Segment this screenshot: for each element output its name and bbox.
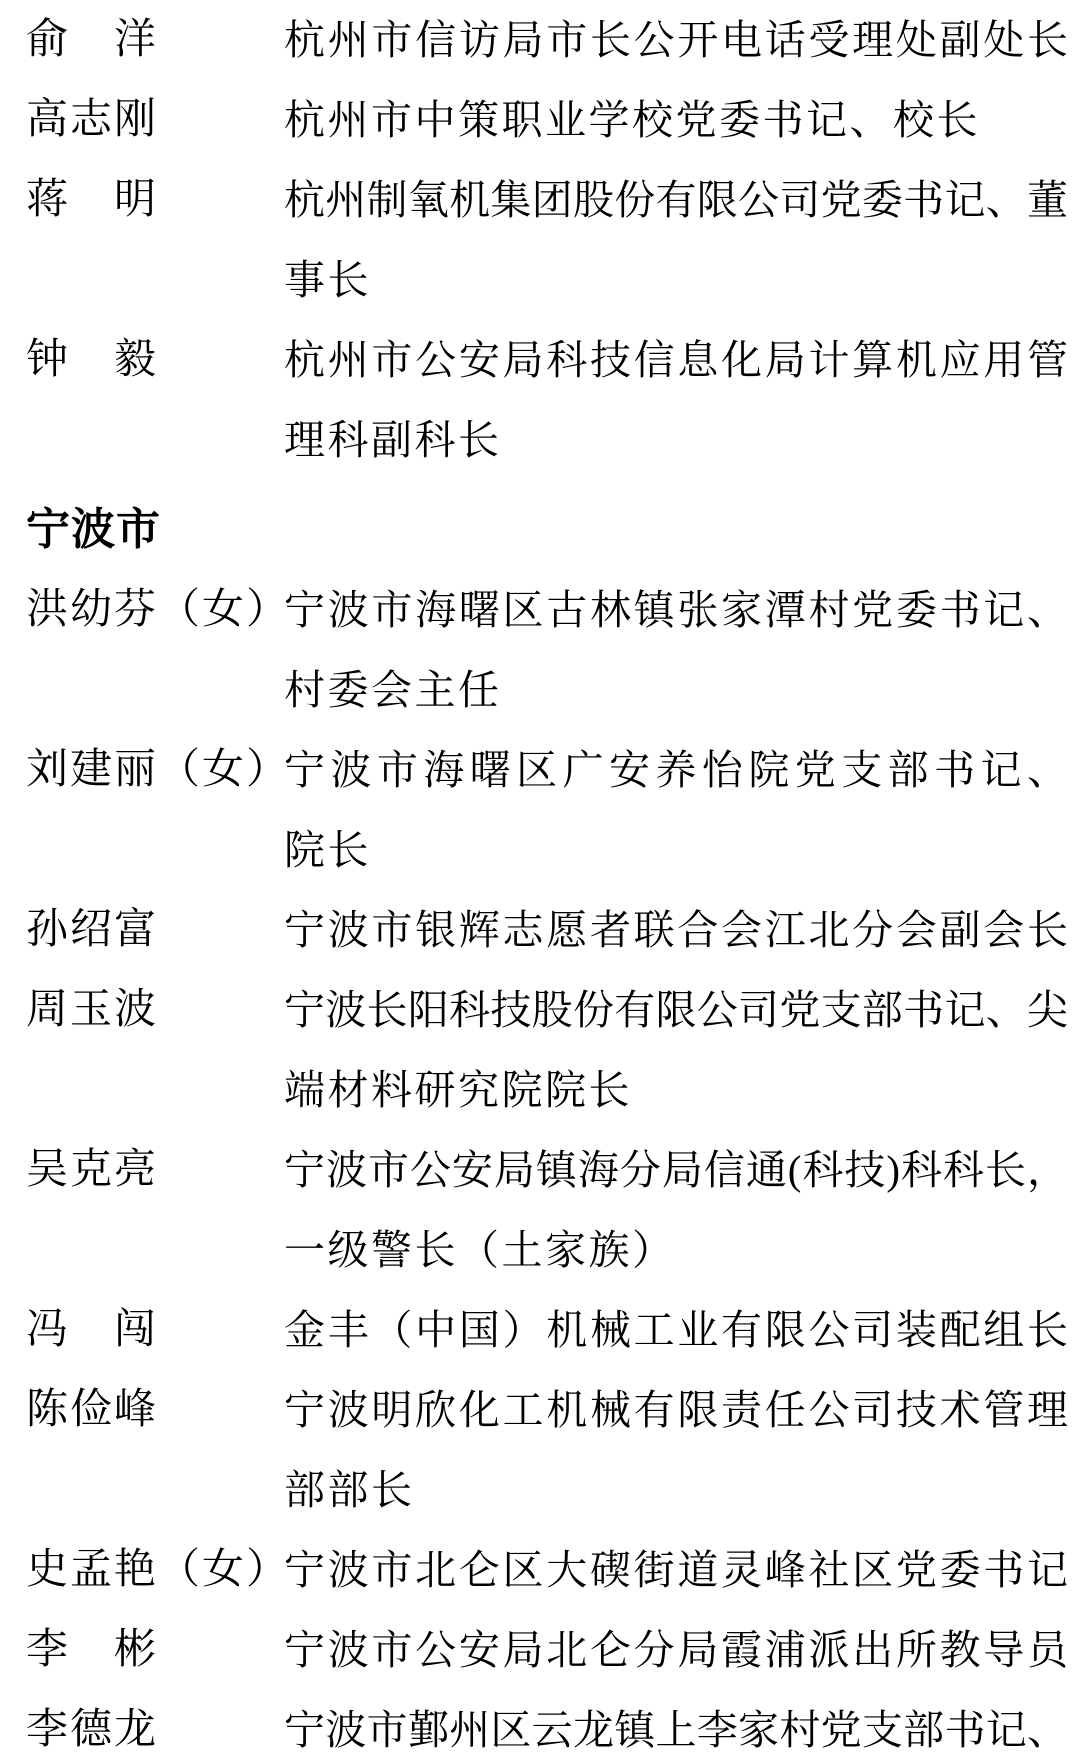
person-name: 李 彬 bbox=[26, 1610, 284, 1690]
title-line: 杭州市中策职业学校党委书记、校长 bbox=[284, 80, 1068, 160]
person-title: 宁波市公安局北仑分局霞浦派出所教导员 bbox=[284, 1610, 1068, 1690]
title-line: 宁波市公安局镇海分局信通(科技)科科长， bbox=[284, 1130, 1068, 1210]
title-line: 宁波市公安局北仑分局霞浦派出所教导员 bbox=[284, 1610, 1068, 1690]
title-line: 宁波明欣化工机械有限责任公司技术管理 bbox=[284, 1370, 1068, 1450]
title-line: 宁波市银辉志愿者联合会江北分会副会长 bbox=[284, 890, 1068, 970]
title-line: 端材料研究院院长 bbox=[284, 1050, 1068, 1130]
person-title: 杭州制氧机集团股份有限公司党委书记、董事长 bbox=[284, 160, 1068, 320]
title-line: 事长 bbox=[284, 240, 1068, 320]
person-title: 杭州市信访局市长公开电话受理处副处长 bbox=[284, 0, 1068, 80]
title-line: 院长 bbox=[284, 810, 1068, 890]
person-title: 宁波长阳科技股份有限公司党支部书记、尖端材料研究院院长 bbox=[284, 970, 1068, 1130]
list-entry: 吴克亮 宁波市公安局镇海分局信通(科技)科科长，一级警长（土家族） bbox=[26, 1130, 1080, 1290]
title-line: 宁波市鄞州区云龙镇上李家村党支部书记、 bbox=[284, 1690, 1068, 1763]
title-line: 一级警长（土家族） bbox=[284, 1210, 1068, 1290]
title-line: 杭州制氧机集团股份有限公司党委书记、董 bbox=[284, 160, 1068, 240]
list-entry: 史孟艳（女） 宁波市北仑区大碶街道灵峰社区党委书记 bbox=[26, 1530, 1080, 1610]
list-entry: 钟 毅 杭州市公安局科技信息化局计算机应用管理科副科长 bbox=[26, 320, 1080, 480]
person-title: 宁波市公安局镇海分局信通(科技)科科长，一级警长（土家族） bbox=[284, 1130, 1068, 1290]
person-title: 宁波市北仑区大碶街道灵峰社区党委书记 bbox=[284, 1530, 1068, 1610]
list-entry: 李德龙 宁波市鄞州区云龙镇上李家村党支部书记、 bbox=[26, 1690, 1080, 1763]
person-title: 宁波市鄞州区云龙镇上李家村党支部书记、 bbox=[284, 1690, 1068, 1763]
title-line: 部部长 bbox=[284, 1450, 1068, 1530]
person-name: 钟 毅 bbox=[26, 320, 284, 400]
list-entry: 孙绍富 宁波市银辉志愿者联合会江北分会副会长 bbox=[26, 890, 1080, 970]
title-line: 理科副科长 bbox=[284, 400, 1068, 480]
list-entry: 洪幼芬（女） 宁波市海曙区古林镇张家潭村党委书记、村委会主任 bbox=[26, 570, 1080, 730]
person-title: 杭州市公安局科技信息化局计算机应用管理科副科长 bbox=[284, 320, 1068, 480]
person-title: 宁波市银辉志愿者联合会江北分会副会长 bbox=[284, 890, 1068, 970]
person-name: 李德龙 bbox=[26, 1690, 284, 1763]
list-entry: 周玉波 宁波长阳科技股份有限公司党支部书记、尖端材料研究院院长 bbox=[26, 970, 1080, 1130]
city-header: 宁波市 bbox=[26, 490, 1080, 570]
person-name: 孙绍富 bbox=[26, 890, 284, 970]
person-name: 蒋 明 bbox=[26, 160, 284, 240]
person-title: 杭州市中策职业学校党委书记、校长 bbox=[284, 80, 1068, 160]
person-name: 冯 闯 bbox=[26, 1290, 284, 1370]
person-title: 金丰（中国）机械工业有限公司装配组长 bbox=[284, 1290, 1068, 1370]
person-title: 宁波明欣化工机械有限责任公司技术管理部部长 bbox=[284, 1370, 1068, 1530]
list-entry: 陈俭峰 宁波明欣化工机械有限责任公司技术管理部部长 bbox=[26, 1370, 1080, 1530]
person-title: 宁波市海曙区广安养怡院党支部书记、院长 bbox=[284, 730, 1068, 890]
title-line: 宁波市海曙区古林镇张家潭村党委书记、 bbox=[284, 570, 1068, 650]
list-entry: 俞 洋 杭州市信访局市长公开电话受理处副处长 bbox=[26, 0, 1080, 80]
person-name: 高志刚 bbox=[26, 80, 284, 160]
title-line: 村委会主任 bbox=[284, 650, 1068, 730]
list-entry: 蒋 明 杭州制氧机集团股份有限公司党委书记、董事长 bbox=[26, 160, 1080, 320]
person-name: 陈俭峰 bbox=[26, 1370, 284, 1450]
person-name: 俞 洋 bbox=[26, 0, 284, 80]
list-entry: 李 彬 宁波市公安局北仑分局霞浦派出所教导员 bbox=[26, 1610, 1080, 1690]
person-title: 宁波市海曙区古林镇张家潭村党委书记、村委会主任 bbox=[284, 570, 1068, 730]
person-name: 史孟艳（女） bbox=[26, 1530, 284, 1610]
title-line: 宁波长阳科技股份有限公司党支部书记、尖 bbox=[284, 970, 1068, 1050]
person-name: 刘建丽（女） bbox=[26, 730, 284, 810]
title-line: 金丰（中国）机械工业有限公司装配组长 bbox=[284, 1290, 1068, 1370]
person-name: 吴克亮 bbox=[26, 1130, 284, 1210]
person-name: 洪幼芬（女） bbox=[26, 570, 284, 650]
person-name: 周玉波 bbox=[26, 970, 284, 1050]
list-entry: 刘建丽（女） 宁波市海曙区广安养怡院党支部书记、院长 bbox=[26, 730, 1080, 890]
list-entry: 冯 闯 金丰（中国）机械工业有限公司装配组长 bbox=[26, 1290, 1080, 1370]
title-line: 杭州市公安局科技信息化局计算机应用管 bbox=[284, 320, 1068, 400]
title-line: 宁波市北仑区大碶街道灵峰社区党委书记 bbox=[284, 1530, 1068, 1610]
title-line: 宁波市海曙区广安养怡院党支部书记、 bbox=[284, 730, 1068, 810]
list-entry: 高志刚 杭州市中策职业学校党委书记、校长 bbox=[26, 80, 1080, 160]
document-page: 俞 洋 杭州市信访局市长公开电话受理处副处长 高志刚 杭州市中策职业学校党委书记… bbox=[0, 0, 1080, 1763]
title-line: 杭州市信访局市长公开电话受理处副处长 bbox=[284, 0, 1068, 80]
